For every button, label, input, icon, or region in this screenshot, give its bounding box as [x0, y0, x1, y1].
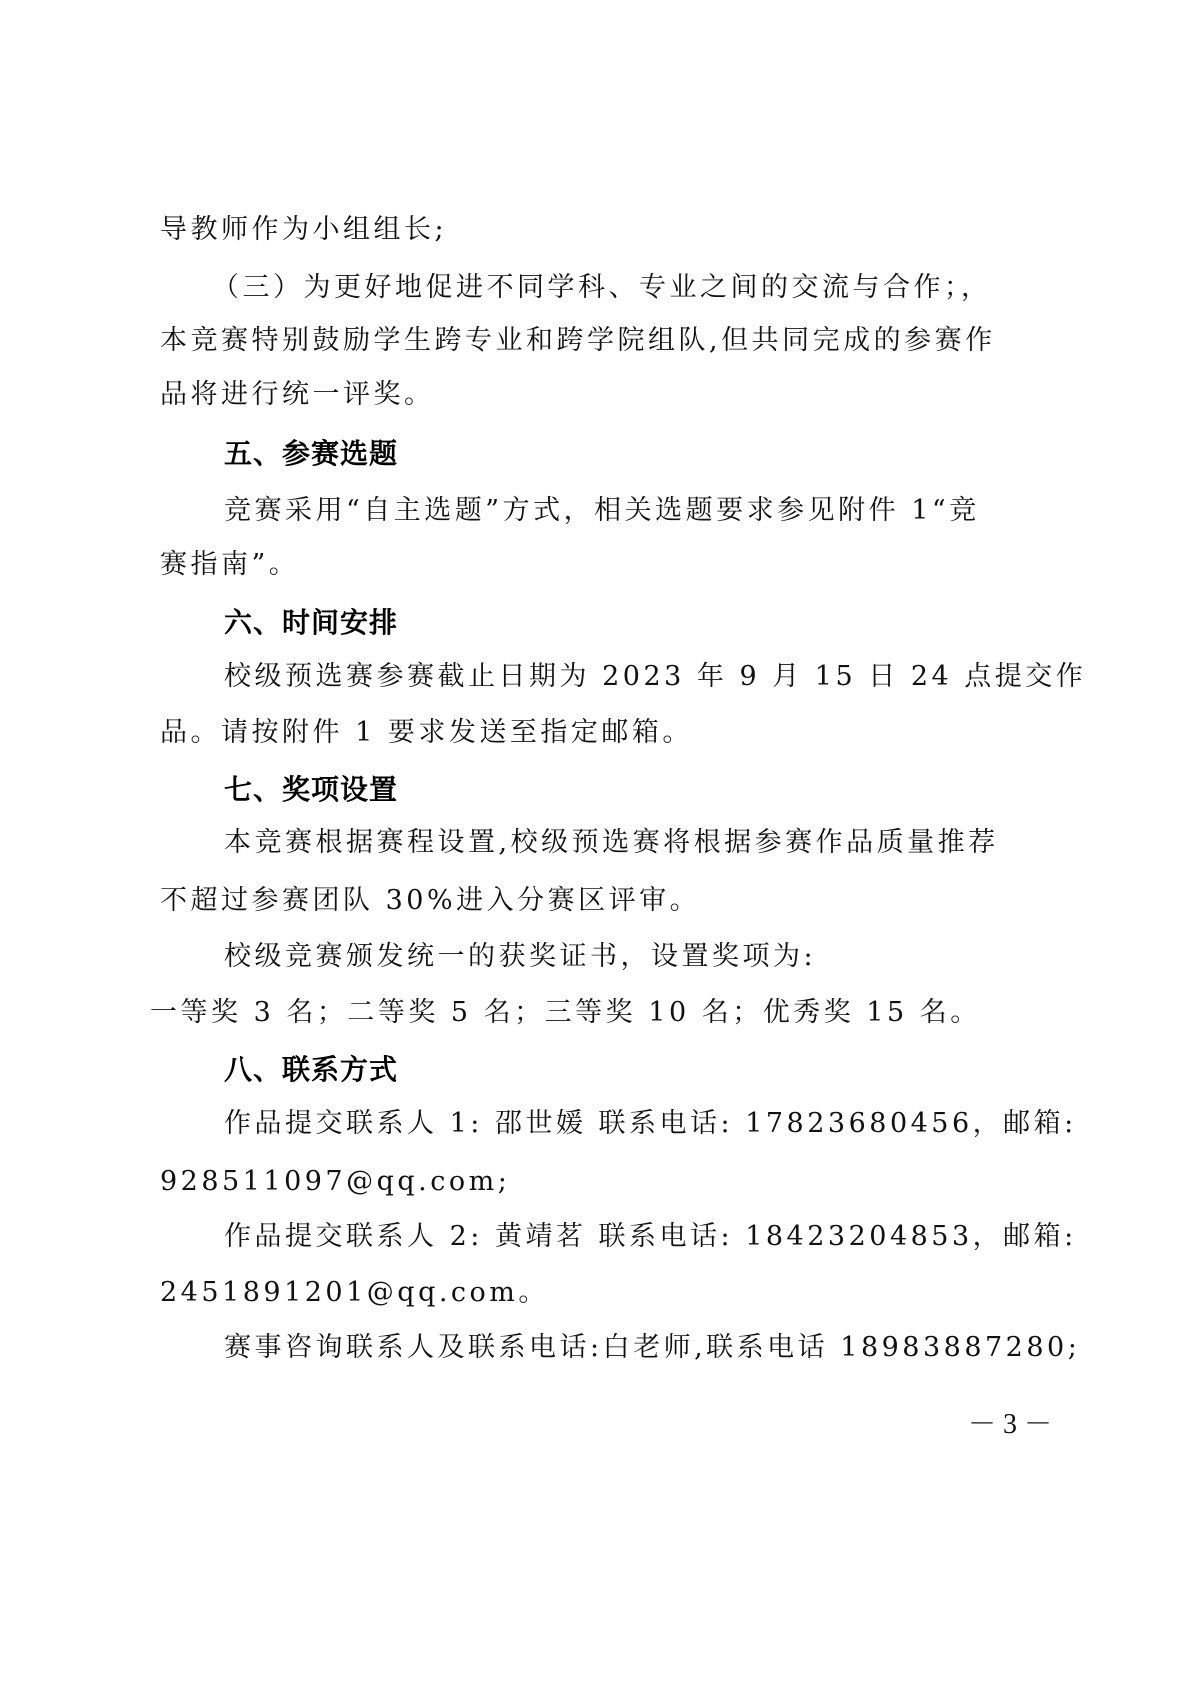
contact-email-line: 928511097@qq.com;: [160, 1166, 510, 1198]
section-heading-schedule: 六、时间安排: [224, 607, 398, 639]
paragraph-line: 校级竞赛颁发统一的获奖证书，设置奖项为:: [224, 941, 816, 973]
paragraph-line: 赛指南”。: [160, 549, 299, 581]
document-page: 导教师作为小组组长; （三）为更好地促进不同学科、专业之间的交流与合作；， 本竞…: [0, 0, 1191, 1684]
paragraph-line: （三）为更好地促进不同学科、专业之间的交流与合作；，: [212, 272, 992, 304]
paragraph-line: 本竞赛根据赛程设置,校级预选赛将根据参赛作品质量推荐: [224, 827, 999, 859]
paragraph-line: 竞赛采用“自主选题”方式，相关选题要求参见附件 1“竞: [224, 495, 980, 527]
page-number: － 3 －: [968, 1402, 1052, 1442]
paragraph-line: 导教师作为小组组长;: [160, 214, 447, 246]
paragraph-line: 校级预选赛参赛截止日期为 2023 年 9 月 15 日 24 点提交作: [224, 661, 1086, 693]
paragraph-line: 本竞赛特别鼓励学生跨专业和跨学院组队,但共同完成的参赛作: [160, 325, 996, 357]
awards-list-line: 一等奖 3 名；二等奖 5 名；三等奖 10 名；优秀奖 15 名。: [150, 997, 981, 1029]
contact-line: 赛事咨询联系人及联系电话:白老师,联系电话 18983887280;: [224, 1332, 1080, 1364]
contact-email-line: 2451891201@qq.com。: [160, 1277, 549, 1309]
section-heading-topic: 五、参赛选题: [224, 438, 398, 470]
contact-line: 作品提交联系人 2: 黄靖茗 联系电话: 18423204853，邮箱:: [224, 1221, 1077, 1253]
paragraph-line: 品将进行统一评奖。: [160, 379, 435, 411]
section-heading-awards: 七、奖项设置: [224, 774, 398, 806]
paragraph-line: 不超过参赛团队 30%进入分赛区评审。: [160, 885, 700, 917]
section-heading-contact: 八、联系方式: [224, 1054, 398, 1086]
paragraph-line: 品。请按附件 1 要求发送至指定邮箱。: [160, 717, 693, 749]
contact-line: 作品提交联系人 1: 邵世媛 联系电话: 17823680456，邮箱:: [224, 1108, 1077, 1140]
